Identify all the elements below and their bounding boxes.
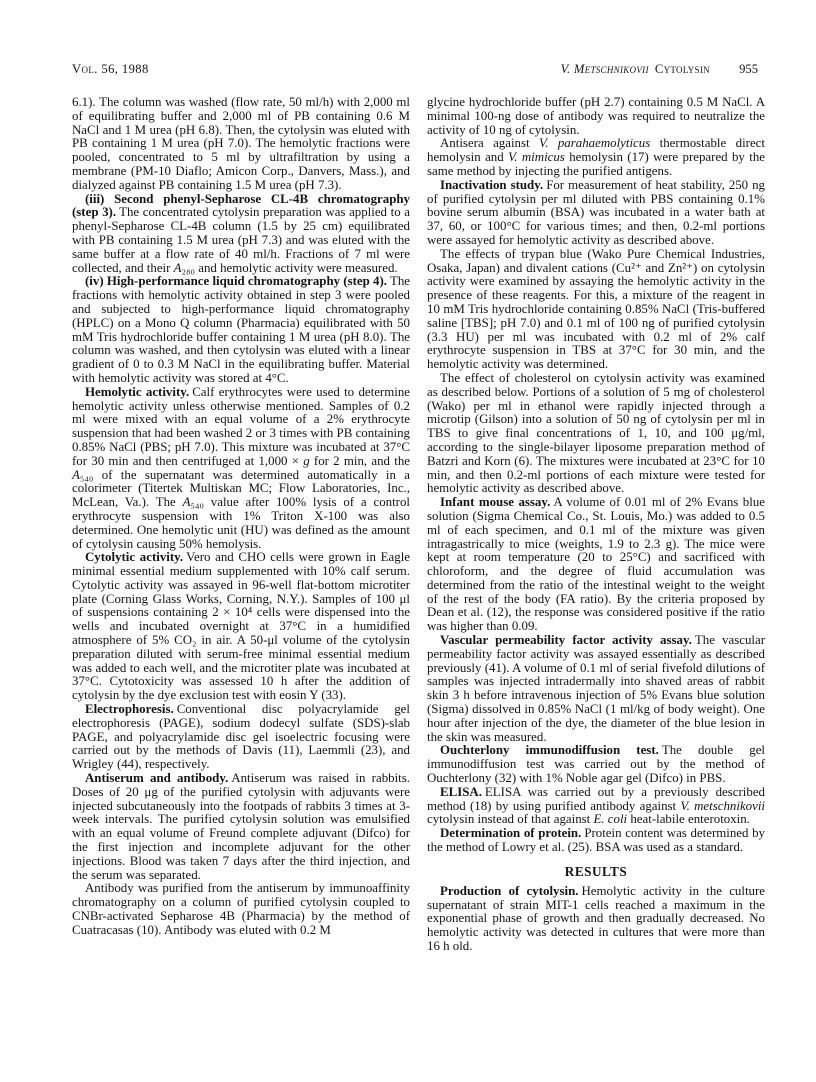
- page-number: 955: [739, 62, 758, 76]
- paragraph-text: The fractions with hemolytic activity ob…: [72, 274, 410, 385]
- paragraph: Vascular permeability factor activity as…: [427, 634, 765, 744]
- paragraph-heading: Determination of protein.: [440, 826, 581, 840]
- results-section-heading: RESULTS: [427, 864, 765, 880]
- running-title-rest: Cytolysin: [655, 62, 710, 76]
- paragraph-text: The concentrated cytolysin preparation w…: [72, 205, 410, 274]
- paragraph-heading: (iv) High-performance liquid chromatogra…: [85, 274, 387, 288]
- paragraph-heading: Hemolytic activity.: [85, 385, 189, 399]
- paragraph: Antibody was purified from the antiserum…: [72, 882, 410, 937]
- paragraph-text: The effect of cholesterol on cytolysin a…: [427, 371, 765, 495]
- paragraph-text: Vero and CHO cells were grown in Eagle m…: [72, 550, 410, 702]
- paragraph-heading: Inactivation study.: [440, 178, 543, 192]
- paragraph: glycine hydrochloride buffer (pH 2.7) co…: [427, 96, 765, 137]
- paragraph: (iv) High-performance liquid chromatogra…: [72, 275, 410, 385]
- running-head: V. Metschnikovii Cytolysin 955: [561, 62, 758, 77]
- paragraph: Antisera against V. parahaemolyticus the…: [427, 137, 765, 178]
- paragraph-heading: Cytolytic activity.: [85, 550, 183, 564]
- paragraph-text: Antisera against V. parahaemolyticus the…: [427, 136, 765, 178]
- paragraph-text: The vascular permeability factor activit…: [427, 633, 765, 744]
- paragraph-heading: Infant mouse assay.: [440, 495, 550, 509]
- paragraph-heading: Production of cytolysin.: [440, 884, 578, 898]
- paragraph: Hemolytic activity.Calf erythrocytes wer…: [72, 386, 410, 552]
- paragraph-text: glycine hydrochloride buffer (pH 2.7) co…: [427, 95, 765, 137]
- paragraph: (iii) Second phenyl-Sepharose CL-4B chro…: [72, 193, 410, 276]
- paragraph-heading: Vascular permeability factor activity as…: [440, 633, 692, 647]
- journal-page: Vol. 56, 1988 V. Metschnikovii Cytolysin…: [0, 0, 816, 1082]
- paragraph: Ouchterlony immunodiffusion test.The dou…: [427, 744, 765, 785]
- paragraph: The effects of trypan blue (Wako Pure Ch…: [427, 248, 765, 372]
- running-title-species: V. Metschnikovii: [561, 62, 649, 76]
- paragraph-heading: Antiserum and antibody.: [85, 771, 228, 785]
- paragraph-heading: ELISA.: [440, 785, 482, 799]
- text-columns: 6.1). The column was washed (flow rate, …: [72, 96, 765, 954]
- paragraph: Determination of protein.Protein content…: [427, 827, 765, 855]
- right-column: glycine hydrochloride buffer (pH 2.7) co…: [427, 96, 765, 954]
- paragraph-text: Antiserum was raised in rabbits. Doses o…: [72, 771, 410, 882]
- paragraph: Cytolytic activity.Vero and CHO cells we…: [72, 551, 410, 703]
- paragraph: Production of cytolysin.Hemolytic activi…: [427, 885, 765, 954]
- paragraph-heading: Electrophoresis.: [85, 702, 174, 716]
- volume-info: Vol. 56, 1988: [72, 62, 149, 77]
- paragraph-heading: Ouchterlony immunodiffusion test.: [440, 743, 659, 757]
- paragraph-text: Antibody was purified from the antiserum…: [72, 881, 410, 936]
- paragraph: Electrophoresis.Conventional disc polyac…: [72, 703, 410, 772]
- left-column: 6.1). The column was washed (flow rate, …: [72, 96, 410, 954]
- paragraph-text: Calf erythrocytes were used to determine…: [72, 385, 410, 551]
- paragraph: Infant mouse assay.A volume of 0.01 ml o…: [427, 496, 765, 634]
- paragraph-text: A volume of 0.01 ml of 2% Evans blue sol…: [427, 495, 765, 633]
- paragraph-text: The effects of trypan blue (Wako Pure Ch…: [427, 247, 765, 371]
- paragraph: The effect of cholesterol on cytolysin a…: [427, 372, 765, 496]
- paragraph: Inactivation study.For measurement of he…: [427, 179, 765, 248]
- paragraph: ELISA.ELISA was carried out by a previou…: [427, 786, 765, 827]
- page-header: Vol. 56, 1988 V. Metschnikovii Cytolysin…: [72, 62, 758, 77]
- paragraph-text: 6.1). The column was washed (flow rate, …: [72, 95, 410, 192]
- paragraph: 6.1). The column was washed (flow rate, …: [72, 96, 410, 193]
- paragraph: Antiserum and antibody.Antiserum was rai…: [72, 772, 410, 882]
